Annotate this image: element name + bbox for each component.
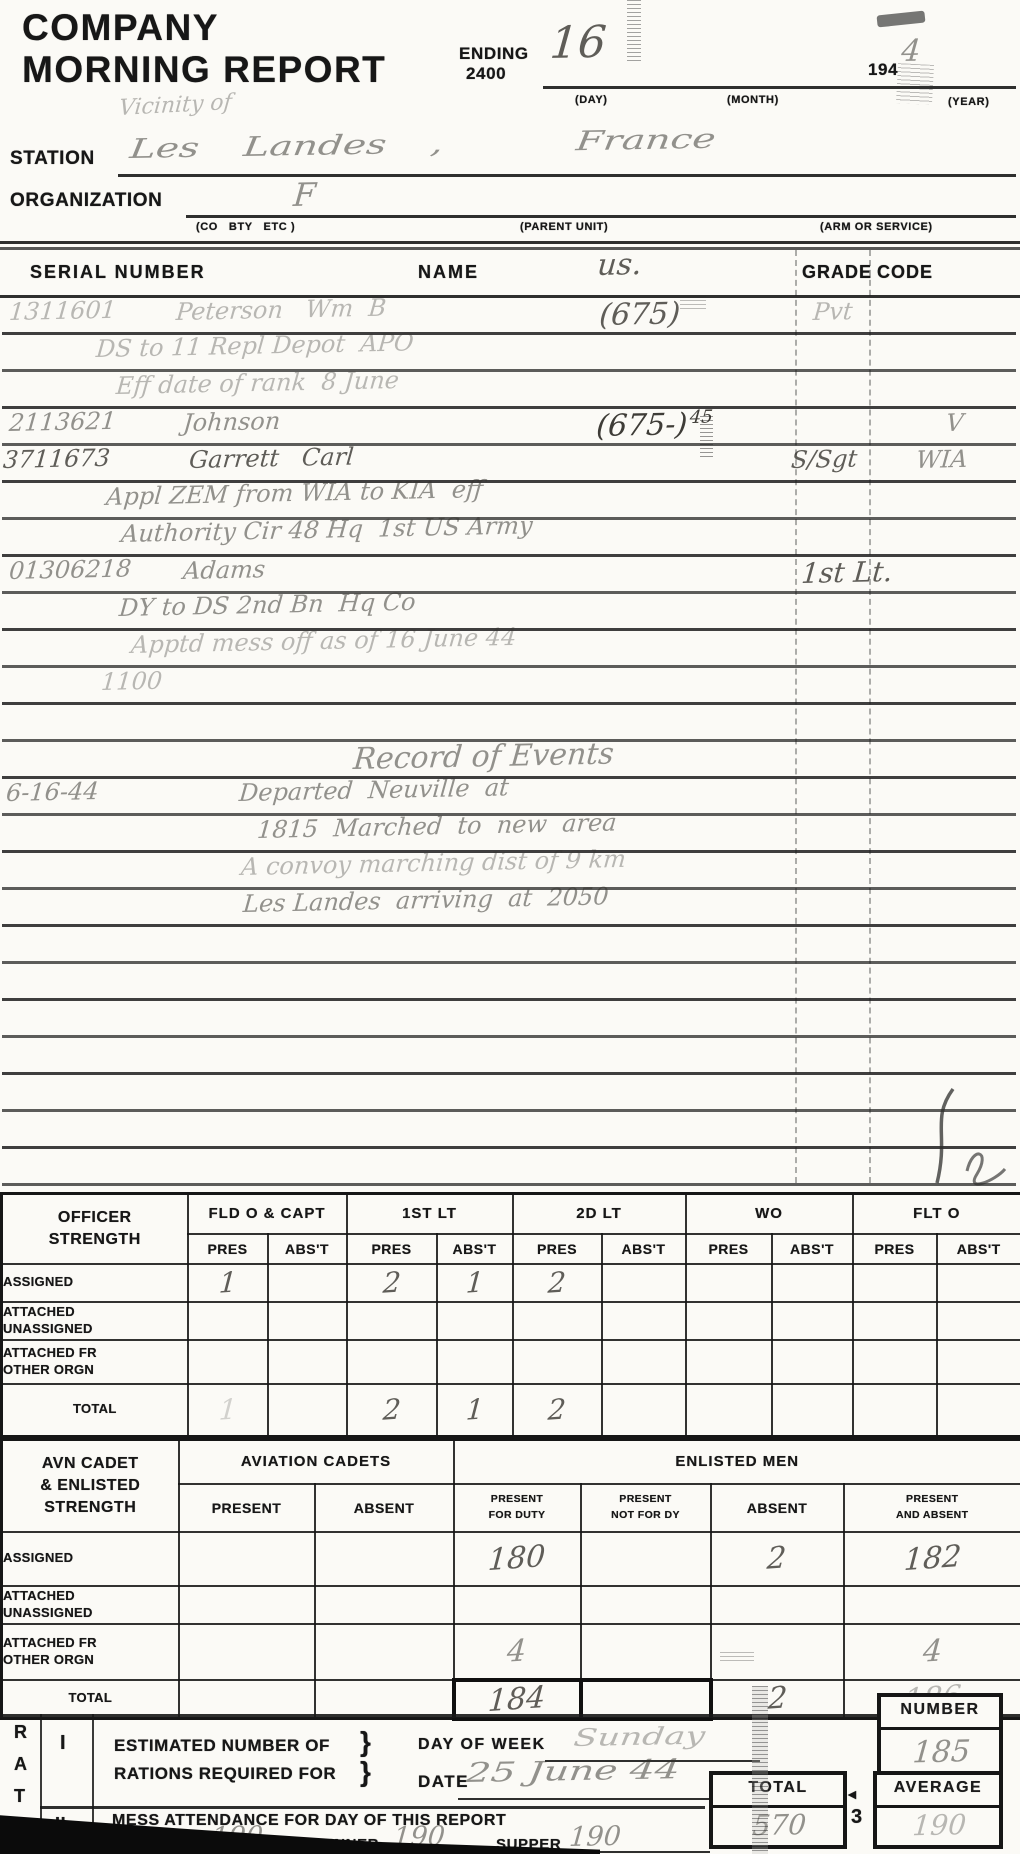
- scan-smudge-year: [896, 63, 934, 105]
- total-box-label: TOTAL: [713, 1775, 843, 1808]
- estimated-rations-label-line1: ESTIMATED NUMBER OF: [114, 1736, 330, 1756]
- handwritten-average-value: 190: [877, 1805, 1002, 1843]
- morning-report-document: COMPANY MORNING REPORT ENDING 2400 16 19…: [0, 0, 1020, 1854]
- estimated-rations-label-line2: RATIONS REQUIRED FOR: [114, 1764, 336, 1784]
- brace-glyph-bottom: }: [360, 1756, 372, 1788]
- tape-strip: [752, 1686, 768, 1854]
- handwritten-number-value: 185: [881, 1727, 1002, 1771]
- brace-glyph-top: }: [360, 1726, 372, 1758]
- average-box: AVERAGE 190: [873, 1771, 1003, 1849]
- mess-attendance-label: MESS ATTENDANCE FOR DAY OF THIS REPORT: [112, 1812, 506, 1830]
- average-box-label: AVERAGE: [877, 1775, 999, 1808]
- handwritten-total-value: 570: [713, 1805, 846, 1843]
- divide-number: 3: [851, 1806, 863, 1829]
- scan-smudge-row1: [680, 296, 706, 310]
- rat-letter-t: T: [14, 1786, 26, 1807]
- date-label: DATE: [418, 1772, 469, 1792]
- day-of-week-label: DAY OF WEEK: [418, 1736, 546, 1754]
- handwritten-supper-count: 190: [568, 1821, 622, 1853]
- scan-smudge-absent-cell: [720, 1652, 754, 1664]
- rat-letter-r: R: [14, 1722, 28, 1743]
- rations-section: R A T . I II ESTIMATED NUMBER OF RATIONS…: [0, 0, 1020, 1854]
- scan-smudge-top-center: [627, 0, 641, 62]
- signature-scribble: [915, 1075, 1015, 1190]
- handwritten-day-of-week: Sunday: [572, 1722, 707, 1752]
- scan-smudge-row4: [700, 416, 713, 460]
- rat-letter-a: A: [14, 1754, 28, 1775]
- divide-arrow-icon: ◄: [845, 1786, 859, 1802]
- number-box-label: NUMBER: [881, 1697, 999, 1730]
- rations-row1-roman: I: [60, 1732, 66, 1755]
- total-box: TOTAL 570: [709, 1771, 847, 1849]
- handwritten-date: 25 June 44: [464, 1754, 682, 1789]
